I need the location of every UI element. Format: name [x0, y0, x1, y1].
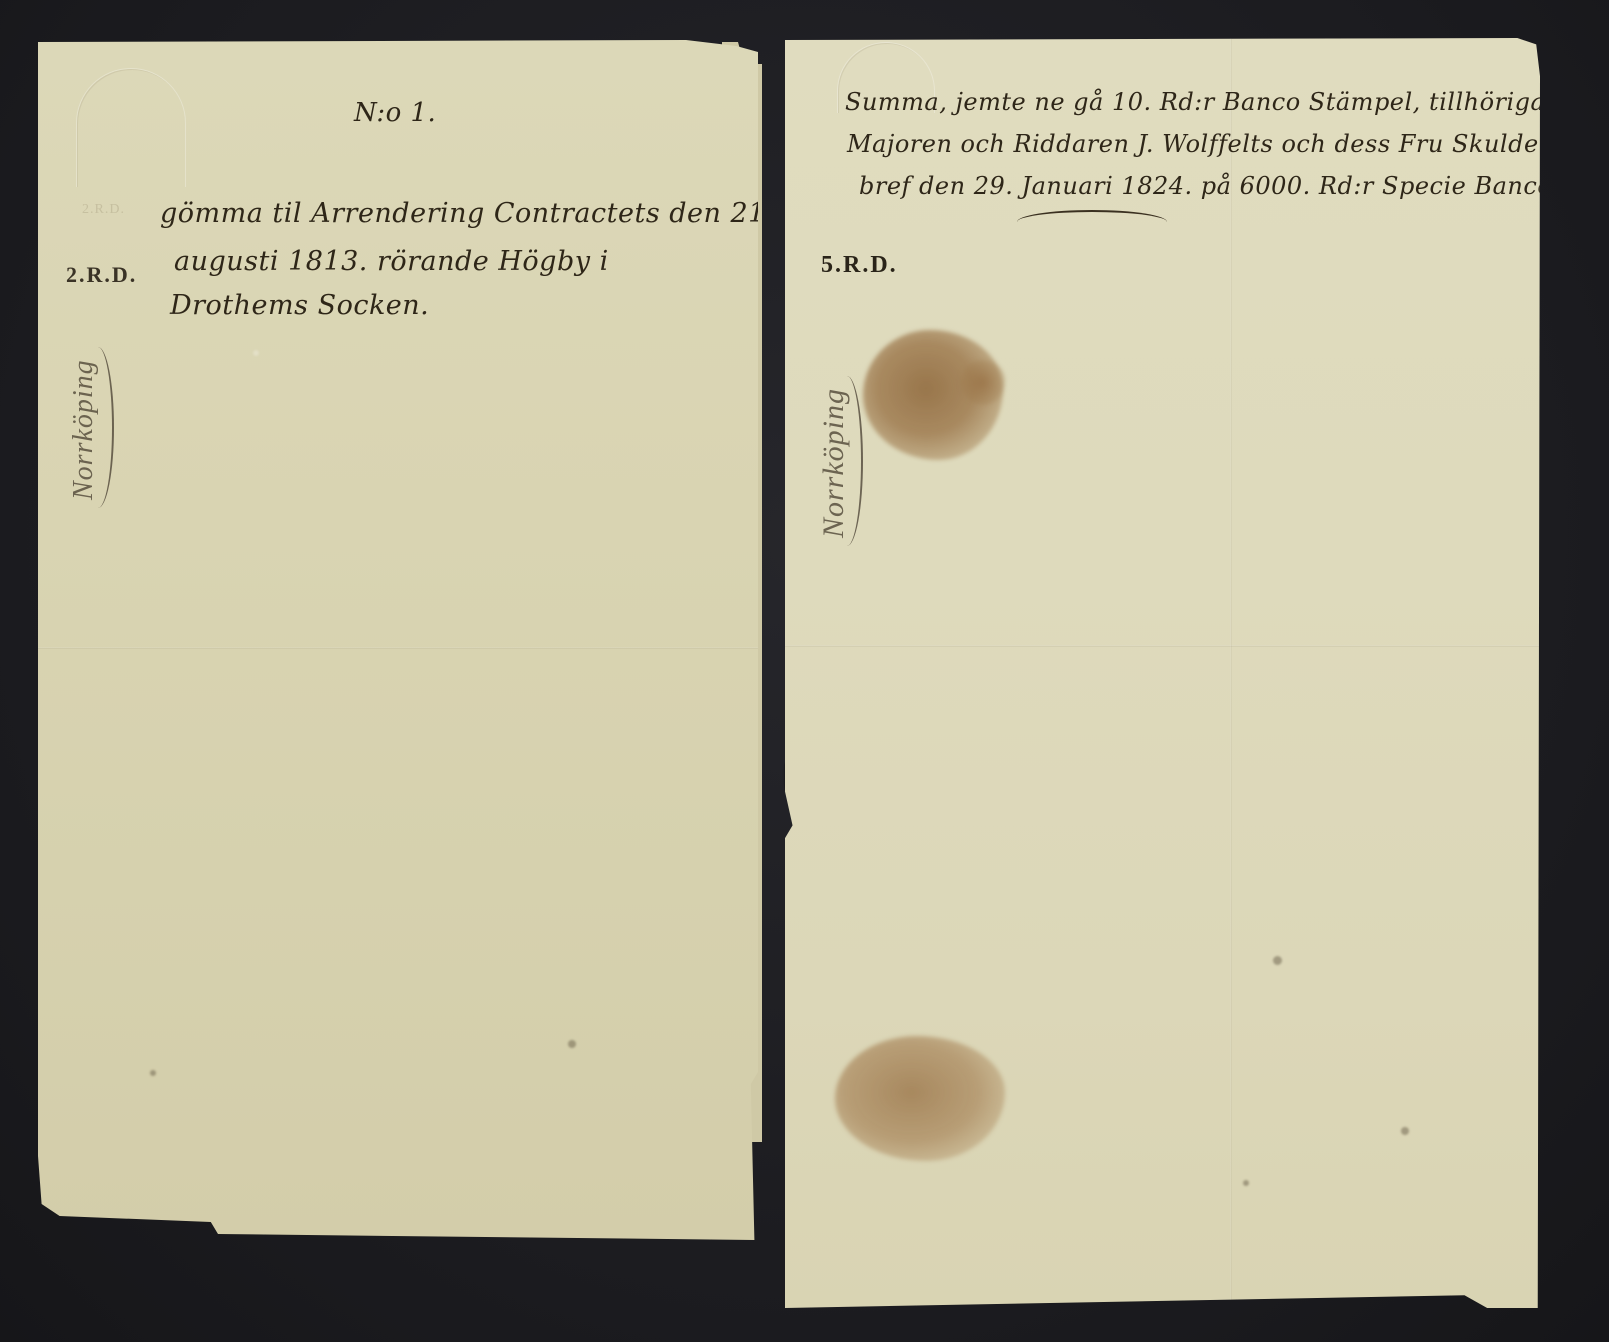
right-document: Summa, jemte ne gå 10. Rd:r Banco Stämpe…	[785, 38, 1540, 1308]
handwritten-line-1: Summa, jemte ne gå 10. Rd:r Banco Stämpe…	[845, 88, 1609, 116]
stain-upper-lobe	[960, 360, 1005, 405]
handwritten-line-3: Drothems Socken.	[170, 290, 429, 321]
fold-line-horizontal	[785, 645, 1540, 647]
handwritten-line-2: augusti 1813. rörande Högby i	[174, 246, 609, 277]
embossed-seal	[76, 68, 186, 187]
paper-spot	[568, 1040, 576, 1048]
paper-spot	[150, 1070, 156, 1076]
paper-spot	[1273, 956, 1282, 965]
fold-line-vertical	[1230, 38, 1232, 1308]
embossed-seal-text: 2.R.D.	[82, 202, 125, 218]
handwritten-line-1: gömma til Arrendering Contractets den 21…	[160, 198, 802, 229]
paper-spot	[253, 350, 259, 356]
paper-spot	[1401, 1127, 1409, 1135]
printed-stamp: 2.R.D.	[66, 262, 137, 288]
handwritten-line-3: bref den 29. Januari 1824. på 6000. Rd:r…	[859, 172, 1560, 200]
city-stamp-flourish	[831, 376, 863, 546]
city-stamp: Norrköping	[817, 388, 851, 538]
signature-flourish	[1017, 210, 1167, 234]
handwritten-line-2: Majoren och Riddaren J. Wolffelts och de…	[847, 130, 1559, 158]
left-document: 2.R.D. N:o 1. 2.R.D. gömma til Arrenderi…	[38, 40, 758, 1240]
document-number: N:o 1.	[354, 98, 436, 128]
city-stamp-flourish	[82, 347, 114, 508]
stain-lower	[835, 1036, 1005, 1161]
city-stamp: Norrköping	[68, 359, 100, 500]
paper-spot	[1243, 1180, 1249, 1186]
fold-line-horizontal	[38, 647, 758, 649]
printed-stamp: 5.R.D.	[821, 252, 898, 279]
